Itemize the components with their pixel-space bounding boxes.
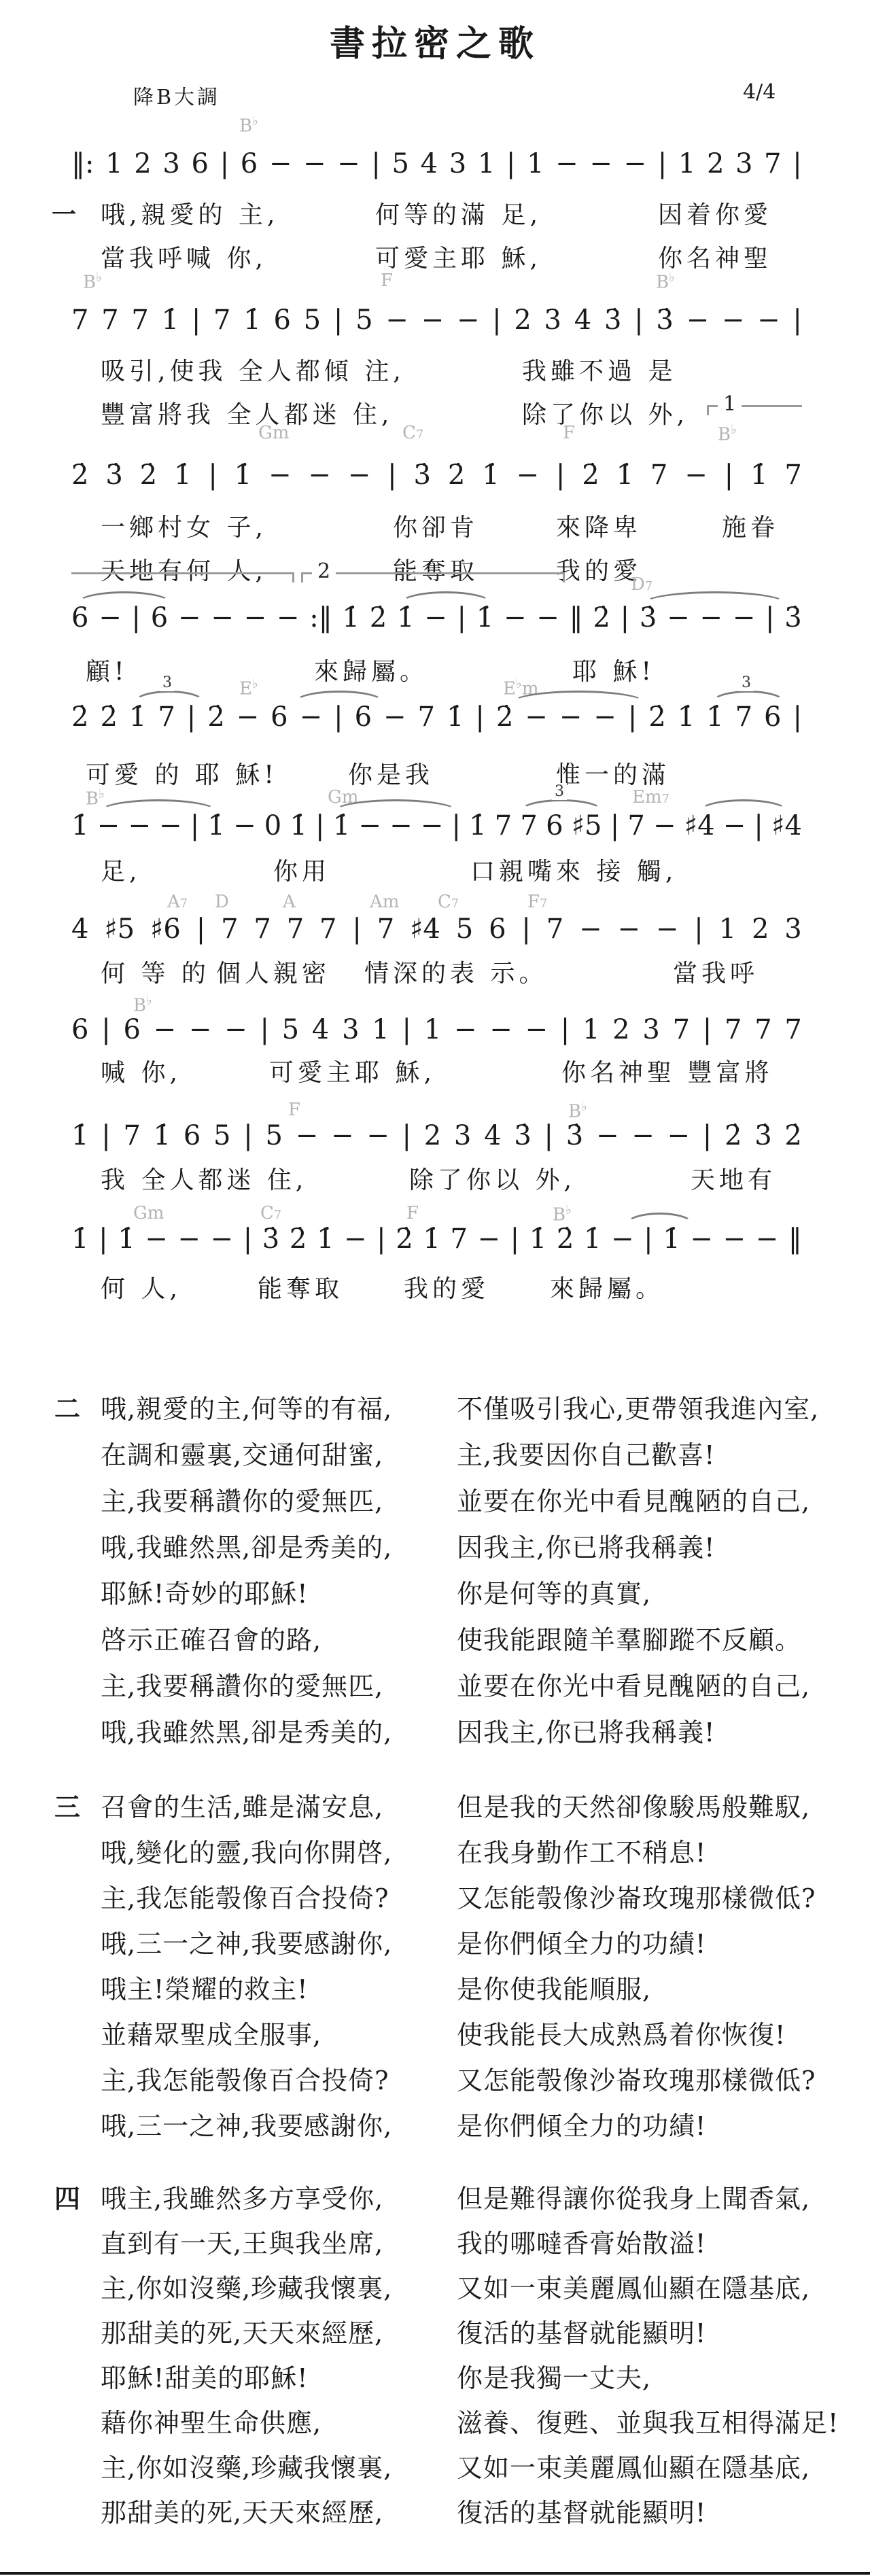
chord-label: F7 bbox=[527, 892, 547, 912]
verse-number-marker: 一 bbox=[52, 196, 76, 230]
note-token: − bbox=[99, 602, 122, 633]
note-token: 1̇ bbox=[129, 701, 146, 733]
ending-bracket: 1 bbox=[707, 405, 802, 415]
note-token: 1̇ bbox=[154, 1120, 171, 1151]
lyric-segment: 何等的滿 足, bbox=[375, 196, 542, 230]
note-token: − bbox=[489, 1014, 512, 1045]
lyric-segment: 我的愛 bbox=[556, 552, 642, 587]
lyric-segment: 我雖不過 是 bbox=[522, 352, 676, 387]
note-token: − bbox=[366, 1120, 389, 1151]
note-token: − bbox=[97, 810, 120, 841]
stanza-line-left: 那甜美的死,天天來經歷, bbox=[101, 2312, 383, 2350]
chord-label: C7 bbox=[260, 1203, 281, 1223]
note-token: − bbox=[579, 913, 602, 945]
note-token: 7 bbox=[221, 913, 238, 945]
lyric-segment: 來歸屬。 bbox=[550, 1270, 664, 1304]
note-token: | bbox=[192, 304, 201, 336]
note-token: 7 bbox=[784, 459, 801, 491]
ending-bracket bbox=[71, 572, 294, 582]
note-token: | bbox=[371, 148, 380, 179]
note-token: | bbox=[644, 1223, 652, 1255]
lyric-segment: 哦,親愛的 主, bbox=[101, 196, 279, 230]
note-token: | bbox=[260, 1014, 268, 1045]
note-token: 7 bbox=[546, 913, 563, 945]
note-token: 1̇ bbox=[234, 459, 251, 491]
note-token: | bbox=[243, 1223, 252, 1255]
bracket-tick bbox=[707, 405, 709, 415]
lyric-segment: 我 全人都迷 住, bbox=[101, 1161, 307, 1196]
note-token: 1̇ bbox=[678, 701, 695, 733]
note-token: 7 bbox=[131, 304, 148, 336]
chord-label: F bbox=[288, 1100, 300, 1120]
note-token: − bbox=[478, 1223, 501, 1255]
stanza-line-right: 並要在你光中看見醜陋的自己, bbox=[457, 1665, 810, 1703]
note-token: − bbox=[145, 1223, 168, 1255]
note-token: 2 bbox=[134, 148, 151, 179]
note-token: 7 bbox=[495, 810, 512, 841]
note-token: 6 bbox=[241, 148, 258, 179]
lyric-segment: 豐富將我 全人都迷 住, bbox=[101, 396, 393, 430]
note-token: 1 bbox=[478, 148, 495, 179]
note-token: − bbox=[389, 810, 413, 841]
triplet-label: 3 bbox=[160, 674, 175, 691]
stanza-line-left: 主,我要稱讚你的愛無匹, bbox=[101, 1480, 383, 1518]
note-token: − bbox=[589, 148, 612, 179]
slur-arc bbox=[699, 799, 788, 812]
note-token: 1 bbox=[105, 148, 122, 179]
note-token: − bbox=[244, 602, 267, 633]
note-token: | bbox=[521, 913, 530, 945]
note-token: 6 bbox=[191, 148, 208, 179]
note-token: 7 bbox=[158, 701, 175, 733]
note-token: 6 bbox=[546, 810, 563, 841]
stanza-line-left: 主,你如沒藥,珍藏我懷裏, bbox=[101, 2267, 392, 2305]
note-token: 3̇ bbox=[656, 304, 673, 336]
lyric-segment: 何 等 的 bbox=[101, 954, 210, 989]
slur-arc bbox=[99, 799, 217, 812]
stanza-line-left: 哦,我雖然黑,卻是秀美的, bbox=[101, 1711, 392, 1749]
note-token: 7 bbox=[254, 913, 271, 945]
chord-label: B♭ bbox=[86, 787, 105, 810]
note-token: 3 bbox=[342, 1014, 359, 1045]
note-token: 2̇ bbox=[71, 701, 88, 733]
note-token: − bbox=[296, 1120, 319, 1151]
note-token: | bbox=[457, 602, 466, 633]
lyric-segment: 來降卑 bbox=[556, 508, 642, 543]
note-token: − bbox=[383, 701, 406, 733]
lyric-segment: 你用 bbox=[273, 852, 330, 887]
note-token: − bbox=[617, 913, 640, 945]
lyric-segment: 可愛主耶 穌, bbox=[375, 239, 542, 274]
note-token: 4 bbox=[71, 913, 88, 945]
note-token: 0 bbox=[264, 810, 281, 841]
note-token: | bbox=[793, 148, 801, 179]
note-token: 7 bbox=[418, 701, 435, 733]
note-token: 3 bbox=[544, 304, 561, 336]
stanza-line-left: 並藉眾聖成全服事, bbox=[101, 2014, 321, 2051]
lyric-segment: 因着你愛 bbox=[658, 196, 772, 230]
note-token: − bbox=[631, 1120, 655, 1151]
notes-row: 7771̇|71̇65|5−−−|2343̇|3̇−−−| bbox=[71, 304, 802, 336]
note-token: 2 bbox=[707, 148, 724, 179]
note-token: 3̇ bbox=[754, 1120, 771, 1151]
stanza-line-right: 又如一束美麗鳳仙顯在隱基底, bbox=[457, 2447, 810, 2484]
note-token: 1̇ bbox=[397, 602, 414, 633]
note-token: | bbox=[101, 1120, 110, 1151]
note-token: 2 bbox=[752, 913, 769, 945]
stanza-line-left: 主,我要稱讚你的愛無匹, bbox=[101, 1665, 383, 1703]
stanza-line-left: 主,你如沒藥,珍藏我懷裏, bbox=[101, 2447, 392, 2484]
stanza-marker: 四 bbox=[54, 2178, 80, 2215]
chord-label: F bbox=[381, 271, 393, 291]
note-token: | bbox=[451, 810, 460, 841]
chord-label: B♭ bbox=[553, 1203, 572, 1225]
slur-arc bbox=[76, 591, 172, 604]
chord-label: D bbox=[215, 892, 229, 912]
note-token: 1̇ bbox=[447, 701, 464, 733]
stanza-line-right: 因我主,你已將我稱義! bbox=[457, 1711, 715, 1749]
note-token: 5 bbox=[213, 1120, 230, 1151]
stanza-line-right: 但是我的天然卻像駿馬般難馭, bbox=[457, 1786, 810, 1824]
note-token: | bbox=[694, 913, 703, 945]
note-token: 1̇ bbox=[469, 810, 486, 841]
chord-label: Am bbox=[370, 892, 399, 912]
lyric-segment: 口親嘴來 接 觸, bbox=[470, 852, 677, 887]
note-token: 3̇ bbox=[784, 602, 801, 633]
ending-bracket: 2 bbox=[301, 572, 565, 582]
note-token: 2̇ bbox=[140, 459, 157, 491]
chord-label: C7 bbox=[438, 892, 459, 912]
note-token: 7 bbox=[754, 1014, 771, 1045]
note-token: − bbox=[424, 602, 447, 633]
note-token: − bbox=[268, 459, 292, 491]
notes-row: 6|6−−−|5431|1−−−|1237|777 bbox=[71, 1014, 802, 1045]
note-token: − bbox=[224, 1014, 247, 1045]
note-token: 6 bbox=[489, 913, 506, 945]
note-token: − bbox=[421, 810, 444, 841]
note-token: 1 bbox=[582, 1014, 599, 1045]
chord-label: Em7 bbox=[632, 787, 669, 807]
note-token: | bbox=[352, 913, 361, 945]
stanza-line-right: 又怎能彀像沙崙玫瑰那樣微低? bbox=[457, 2059, 816, 2097]
chord-label: F bbox=[406, 1203, 419, 1223]
note-token: 6 bbox=[123, 1014, 140, 1045]
note-token: − bbox=[308, 459, 331, 491]
note-token: 6 bbox=[184, 1120, 201, 1151]
note-token: 6 bbox=[71, 1014, 88, 1045]
note-token: 3̇ bbox=[414, 459, 431, 491]
note-token: − bbox=[457, 304, 480, 336]
note-token: − bbox=[421, 304, 445, 336]
note-token: 3̇ bbox=[640, 602, 657, 633]
note-token: | bbox=[703, 1014, 712, 1045]
notes-row: 4♯5♯6|7777|7♯456|7−−−|123 bbox=[71, 913, 802, 945]
note-token: | bbox=[544, 1120, 553, 1151]
note-token: − bbox=[525, 701, 548, 733]
chord-label: A7 bbox=[167, 892, 188, 912]
note-token: − bbox=[723, 1223, 746, 1255]
note-token: − bbox=[555, 148, 578, 179]
note-token: − bbox=[684, 459, 708, 491]
note-token: | bbox=[793, 304, 801, 336]
lyric-segment: 個人親密 bbox=[216, 954, 330, 989]
note-token: 1 bbox=[372, 1014, 389, 1045]
stanza-line-left: 直到有一天,王與我坐席, bbox=[101, 2223, 383, 2260]
note-token: 2̇ bbox=[496, 701, 513, 733]
note-token: 1̇ bbox=[333, 810, 350, 841]
note-token: − bbox=[593, 701, 616, 733]
stanza-line-right: 是你使我能順服, bbox=[457, 1968, 651, 2006]
stanza-line-right: 使我能長大成熟爲着你恢復! bbox=[457, 2014, 786, 2051]
note-token: − bbox=[348, 459, 371, 491]
note-token: 5 bbox=[391, 148, 408, 179]
note-token: 6 bbox=[151, 602, 168, 633]
chord-label: F bbox=[563, 423, 575, 443]
note-token: 1̇ bbox=[750, 459, 767, 491]
notes-row: 2̇2̇1̇7|2̇−6−|6−71̇|2̇−−−|2̇1̇1̇76| bbox=[71, 701, 802, 733]
lyric-segment: 足, bbox=[101, 852, 141, 887]
stanza-line-left: 主,我怎能彀像百合投倚? bbox=[101, 1877, 389, 1915]
note-token: 1̇ bbox=[482, 459, 499, 491]
stanza-line-left: 哦,變化的靈,我向你開啓, bbox=[101, 1832, 392, 1869]
note-token: 7 bbox=[735, 701, 752, 733]
triplet-label: 3 bbox=[739, 674, 754, 691]
note-token: | bbox=[402, 1120, 411, 1151]
note-token: | bbox=[492, 304, 501, 336]
chord-label: D7 bbox=[631, 574, 652, 595]
stanza-line-right: 是你們傾全力的功績! bbox=[457, 2105, 706, 2142]
note-token: 3 bbox=[449, 148, 466, 179]
note-token: 3̇ bbox=[105, 459, 122, 491]
note-token: 7 bbox=[213, 304, 230, 336]
note-token: 4 bbox=[421, 148, 438, 179]
stanza-line-right: 你是何等的真實, bbox=[457, 1573, 651, 1610]
notes-row: 1̇−−−|1̇−01̇|1̇−−−|1̇776♯5|7−♯4−|♯4 bbox=[71, 810, 802, 841]
note-token: 1̇ bbox=[243, 304, 260, 336]
triplet-label: 3 bbox=[552, 783, 567, 800]
note-token: 6 bbox=[71, 602, 88, 633]
lyric-segment: 情深的表 示。 bbox=[364, 954, 547, 989]
note-token: 2̇ bbox=[448, 459, 465, 491]
note-token: 5 bbox=[304, 304, 321, 336]
lyric-segment: 顧! bbox=[86, 652, 128, 687]
note-token: | bbox=[334, 304, 343, 336]
note-token: − bbox=[757, 304, 780, 336]
lyric-segment: 你名神聖 bbox=[658, 239, 772, 274]
note-token: 6 bbox=[355, 701, 372, 733]
note-token: 7 bbox=[725, 1014, 742, 1045]
note-token: | bbox=[621, 602, 629, 633]
note-token: − bbox=[211, 602, 234, 633]
note-token: − bbox=[686, 304, 710, 336]
slur-arc bbox=[294, 691, 385, 703]
page-title: 書拉密之歌 bbox=[0, 15, 870, 66]
key-signature: 降B大調 bbox=[133, 80, 220, 110]
note-token: 7 bbox=[319, 913, 336, 945]
note-token: ‖: bbox=[71, 148, 94, 179]
note-token: 6 bbox=[764, 701, 781, 733]
lyric-segment: 你是我 bbox=[348, 756, 434, 790]
stanza-line-right: 滋養、復甦、並與我互相得滿足! bbox=[457, 2402, 839, 2439]
note-token: 2̇ bbox=[593, 602, 610, 633]
note-token: − bbox=[128, 810, 151, 841]
note-token: 2̇ bbox=[582, 459, 599, 491]
note-token: 3 bbox=[162, 148, 179, 179]
note-token: − bbox=[536, 602, 559, 633]
note-token: − bbox=[159, 810, 182, 841]
time-signature: 4/4 bbox=[743, 80, 776, 104]
note-token: 3̇ bbox=[262, 1223, 279, 1255]
stanza-line-left: 耶穌!甜美的耶穌! bbox=[101, 2357, 309, 2395]
note-token: − bbox=[504, 602, 527, 633]
note-token: 1̇ bbox=[290, 810, 307, 841]
note-token: | bbox=[475, 701, 484, 733]
note-token: 1̇ bbox=[706, 701, 723, 733]
note-token: 2̇ bbox=[100, 701, 117, 733]
bracket-tick bbox=[292, 572, 294, 582]
note-token: 5 bbox=[456, 913, 473, 945]
note-token: − bbox=[154, 1014, 177, 1045]
note-token: 4 bbox=[574, 304, 591, 336]
note-token: 1̇ bbox=[584, 1223, 601, 1255]
note-token: 1̇ bbox=[71, 810, 88, 841]
note-token: − bbox=[337, 148, 360, 179]
lyric-segment: 來歸屬。 bbox=[314, 652, 428, 687]
stanza-line-left: 哦主,我雖然多方享受你, bbox=[101, 2178, 383, 2215]
note-token: | bbox=[99, 1223, 107, 1255]
stanza-line-left: 耶穌!奇妙的耶穌! bbox=[101, 1573, 309, 1610]
note-token: 4 bbox=[484, 1120, 501, 1151]
note-token: 2̇ bbox=[370, 602, 387, 633]
note-token: − bbox=[385, 304, 408, 336]
note-token: − bbox=[733, 602, 756, 633]
note-token: 1̇ bbox=[71, 1223, 88, 1255]
note-token: − bbox=[699, 602, 723, 633]
note-token: 2̇ bbox=[396, 1223, 413, 1255]
lyric-segment: 耶 穌! bbox=[572, 652, 655, 687]
bracket-tick bbox=[301, 572, 303, 582]
stanza-line-right: 不僅吸引我心,更帶領我進內室, bbox=[457, 1388, 819, 1425]
chord-label: E♭ bbox=[239, 677, 258, 699]
note-token: − bbox=[358, 810, 381, 841]
stanza-line-right: 是你們傾全力的功績! bbox=[457, 1923, 706, 1960]
note-token: | bbox=[634, 304, 643, 336]
note-token: 1̇ bbox=[476, 602, 493, 633]
chord-label: B♭ bbox=[83, 271, 102, 293]
note-token: 1̇ bbox=[616, 459, 633, 491]
note-token: 6 bbox=[273, 304, 290, 336]
chord-label: B♭ bbox=[133, 994, 152, 1016]
note-token: 7 bbox=[71, 304, 88, 336]
note-token: | bbox=[658, 148, 667, 179]
note-token: | bbox=[101, 1014, 110, 1045]
chord-label: A bbox=[283, 892, 296, 912]
lyric-segment: 我的愛 bbox=[404, 1270, 489, 1304]
note-token: 4 bbox=[312, 1014, 329, 1045]
note-token: − bbox=[303, 148, 326, 179]
lyric-segment: 惟一的滿 bbox=[556, 756, 670, 790]
note-token: 7 bbox=[784, 1014, 801, 1045]
lyric-segment: 一鄉村女 子, bbox=[101, 508, 267, 543]
stanza-line-left: 召會的生活,雖是滿安息, bbox=[101, 1786, 383, 1824]
note-token: ♯4 bbox=[771, 810, 802, 841]
chord-label: Gm bbox=[258, 423, 289, 443]
note-token: | bbox=[754, 810, 763, 841]
note-token: | bbox=[793, 701, 801, 733]
note-token: 7 bbox=[673, 1014, 690, 1045]
note-token: − bbox=[237, 701, 260, 733]
note-token: 6 bbox=[271, 701, 288, 733]
note-token: 3 bbox=[784, 913, 801, 945]
note-token: 1̇ bbox=[207, 810, 224, 841]
slur-arc bbox=[625, 1213, 694, 1225]
note-token: 1 bbox=[719, 913, 736, 945]
chord-label: Gm bbox=[133, 1203, 164, 1223]
note-token: ♯4 bbox=[684, 810, 715, 841]
lyric-segment: 可愛 的 耶 穌! bbox=[86, 756, 278, 790]
note-token: | bbox=[703, 1120, 712, 1151]
slur-arc bbox=[133, 691, 205, 703]
stanza-line-left: 在調和靈裏,交通何甜蜜, bbox=[101, 1434, 383, 1472]
stanza-line-right: 在我身勤作工不稍息! bbox=[457, 1832, 706, 1869]
note-token: 7 bbox=[520, 810, 537, 841]
lyric-segment: 何 人, bbox=[101, 1270, 181, 1304]
note-token: − bbox=[756, 1223, 779, 1255]
lyric-segment: 可愛主耶 穌, bbox=[269, 1054, 436, 1088]
note-token: − bbox=[189, 1014, 212, 1045]
note-token: | bbox=[725, 459, 733, 491]
note-token: − bbox=[211, 1223, 234, 1255]
note-token: 5 bbox=[355, 304, 372, 336]
chord-label: B♭ bbox=[656, 271, 675, 293]
note-token: 2 bbox=[612, 1014, 629, 1045]
slur-arc bbox=[519, 799, 604, 812]
notes-row: 1̇|1̇−−−|3̇2̇1̇−|2̇1̇7−|1̇2̇1̇−|1̇−−−‖ bbox=[71, 1223, 802, 1255]
note-token: | bbox=[315, 810, 324, 841]
note-token: 1 bbox=[424, 1014, 441, 1045]
note-token: 1 bbox=[678, 148, 695, 179]
note-token: − bbox=[596, 1120, 619, 1151]
note-token: − bbox=[667, 602, 690, 633]
note-token: 7 bbox=[377, 913, 394, 945]
note-token: ♯5 bbox=[572, 810, 602, 841]
note-token: ‖ bbox=[788, 1223, 802, 1255]
stanza-line-right: 又怎能彀像沙崙玫瑰那樣微低? bbox=[457, 1877, 816, 1915]
notes-row: ‖:1236|6−−−|5431|1−−−|1237| bbox=[71, 148, 802, 179]
note-token: 1̇ bbox=[118, 1223, 135, 1255]
note-token: 2̇ bbox=[290, 1223, 307, 1255]
stanza-line-left: 那甜美的死,天天來經歷, bbox=[101, 2492, 383, 2529]
note-token: − bbox=[517, 459, 540, 491]
note-token: − bbox=[559, 701, 582, 733]
note-token: − bbox=[525, 1014, 548, 1045]
note-token: :‖ bbox=[309, 602, 332, 633]
chord-label: B♭ bbox=[568, 1100, 587, 1122]
note-token: 3̇ bbox=[566, 1120, 583, 1151]
note-token: 3 bbox=[642, 1014, 659, 1045]
note-token: | bbox=[196, 913, 205, 945]
note-token: 7 bbox=[450, 1223, 467, 1255]
note-token: | bbox=[556, 459, 565, 491]
stanza-marker: 三 bbox=[54, 1786, 80, 1824]
stanza-line-left: 哦,三一之神,我要感謝你, bbox=[101, 2105, 392, 2142]
note-token: | bbox=[765, 602, 774, 633]
note-token: − bbox=[177, 1223, 201, 1255]
note-token: 1̇ bbox=[317, 1223, 334, 1255]
lyric-segment: 當我呼 bbox=[673, 954, 759, 989]
stanza-line-right: 並要在你光中看見醜陋的自己, bbox=[457, 1480, 810, 1518]
note-token: − bbox=[690, 1223, 713, 1255]
